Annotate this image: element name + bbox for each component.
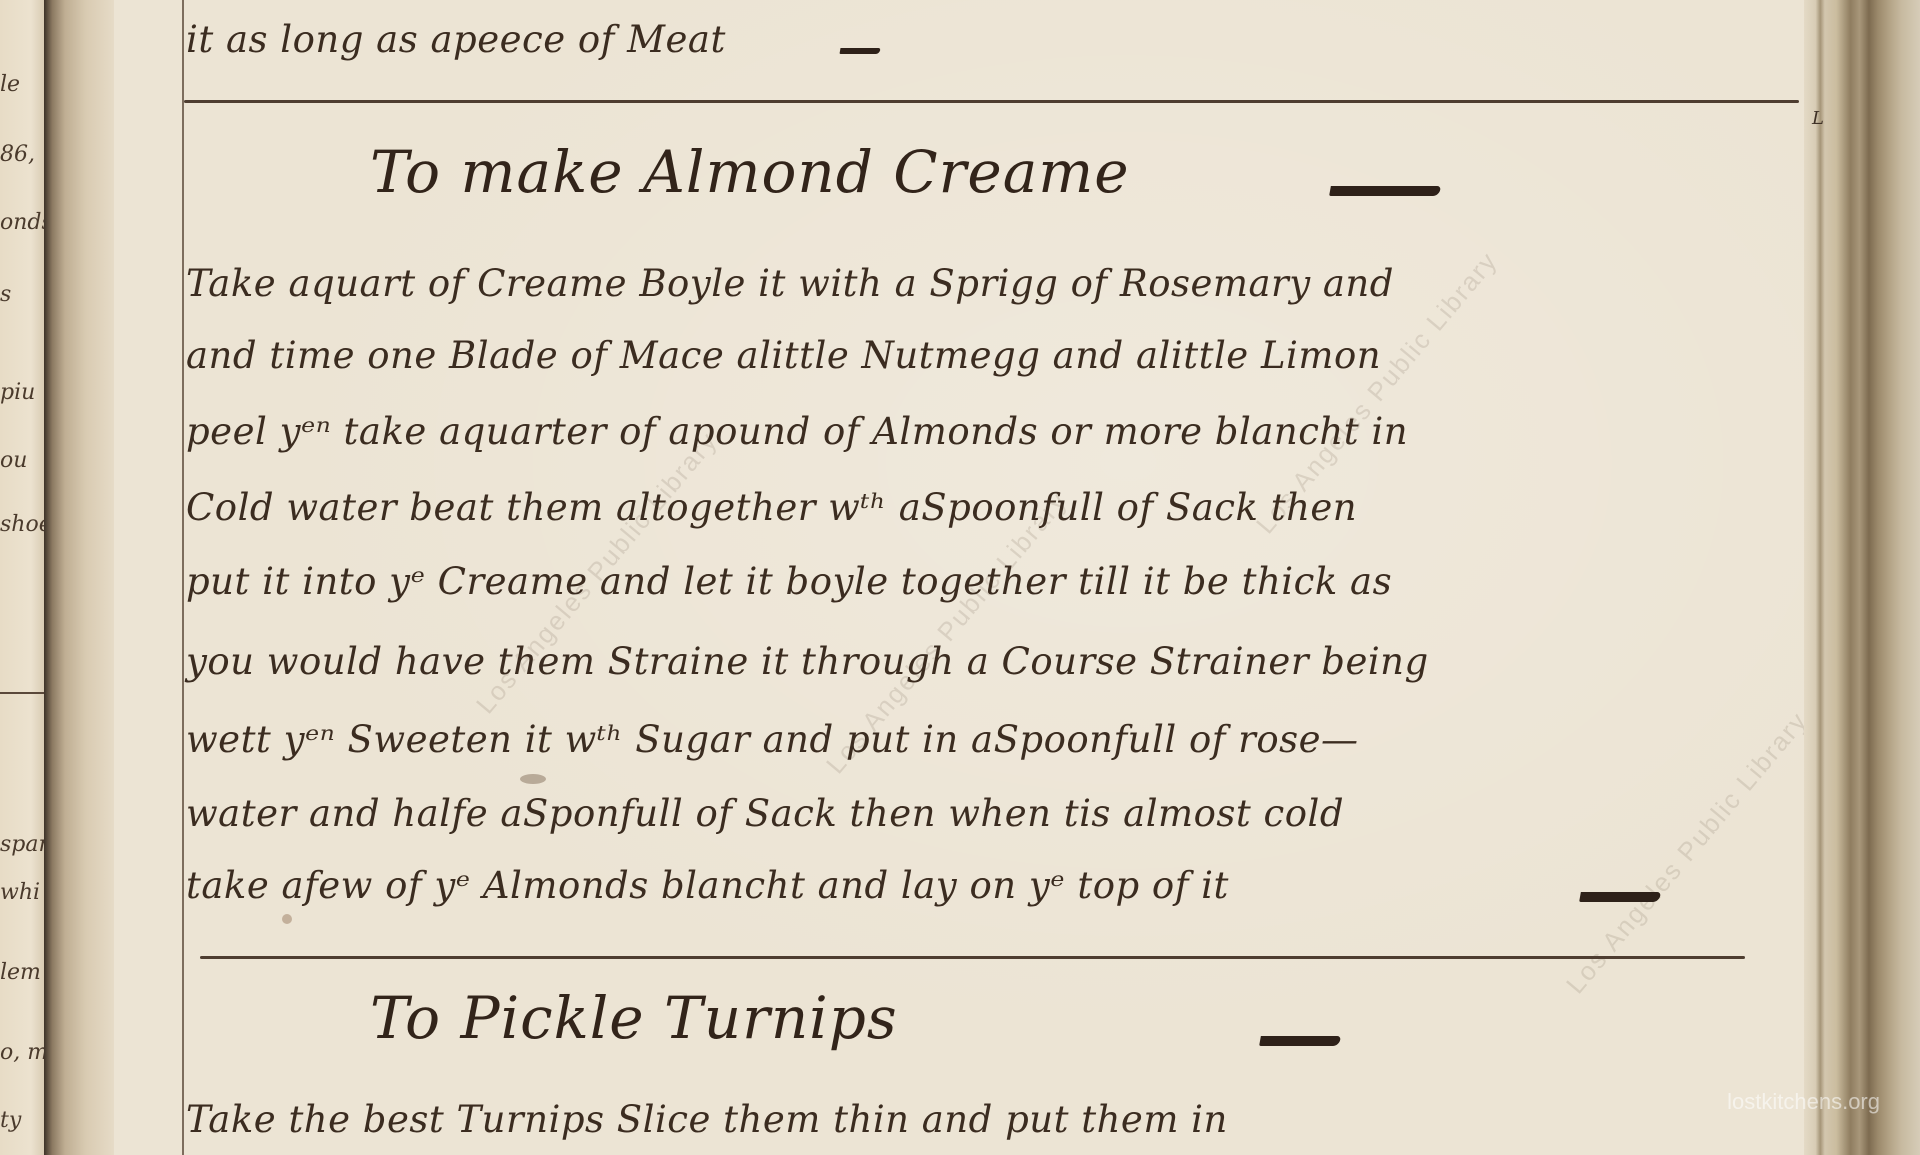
left-page-edge: le 86, onds s piu ou shoe sparr whi lem …: [0, 0, 44, 1155]
left-page-fragment: ou: [0, 448, 27, 473]
recipe-line: you would have them Straine it through a…: [186, 640, 1429, 683]
previous-recipe-last-line: it as long as apeece of Meat: [186, 18, 726, 61]
left-page-fragment: sparr: [0, 832, 44, 857]
left-page-fragment: lem: [0, 960, 41, 985]
title-flourish: [1329, 186, 1441, 196]
book-page-edges: L: [1804, 0, 1920, 1155]
recipe-line: Take the best Turnips Slice them thin an…: [186, 1098, 1228, 1141]
book-gutter: [44, 0, 114, 1155]
recipe-line: and time one Blade of Mace alittle Nutme…: [186, 334, 1381, 377]
recipe-line: put it into yᵉ Creame and let it boyle t…: [186, 560, 1392, 603]
recipe-end-flourish: [1579, 892, 1661, 902]
ink-stain: [520, 774, 546, 784]
section-divider: [184, 100, 1799, 103]
recipe-line: water and halfe aSponfull of Sack then w…: [186, 792, 1344, 835]
left-page-fragment: s: [0, 282, 11, 307]
left-page-fragment: whi: [0, 880, 40, 905]
left-page-rule: [0, 692, 44, 694]
left-page-fragment: o, m: [0, 1040, 44, 1065]
left-page-fragment: le: [0, 72, 20, 97]
line-end-flourish: [839, 48, 880, 54]
left-page-fragment: piu: [0, 380, 35, 405]
left-page-fragment: 86,: [0, 142, 35, 167]
recipe-title: To make Almond Creame: [370, 138, 1130, 206]
site-watermark: lostkitchens.org: [1727, 1089, 1880, 1115]
recipe-line: Take aquart of Creame Boyle it with a Sp…: [186, 262, 1394, 305]
left-page-fragment: shoe: [0, 512, 44, 537]
left-page-fragment: ty: [0, 1108, 21, 1133]
left-page-fragment: onds: [0, 210, 44, 235]
page-margin-line: [182, 0, 184, 1155]
recipe-title: To Pickle Turnips: [370, 984, 898, 1052]
recipe-line: take afew of yᵉ Almonds blancht and lay …: [186, 864, 1229, 907]
recipe-line: peel yᵉⁿ take aquarter of apound of Almo…: [186, 410, 1408, 453]
margin-mark: L: [1812, 108, 1824, 129]
ink-stain: [282, 914, 292, 924]
manuscript-spread: le 86, onds s piu ou shoe sparr whi lem …: [0, 0, 1920, 1155]
recipe-line: Cold water beat them altogether wᵗʰ aSpo…: [186, 486, 1357, 529]
title-flourish: [1259, 1036, 1341, 1046]
recipe-line: wett yᵉⁿ Sweeten it wᵗʰ Sugar and put in…: [186, 718, 1359, 761]
section-divider: [200, 956, 1745, 959]
